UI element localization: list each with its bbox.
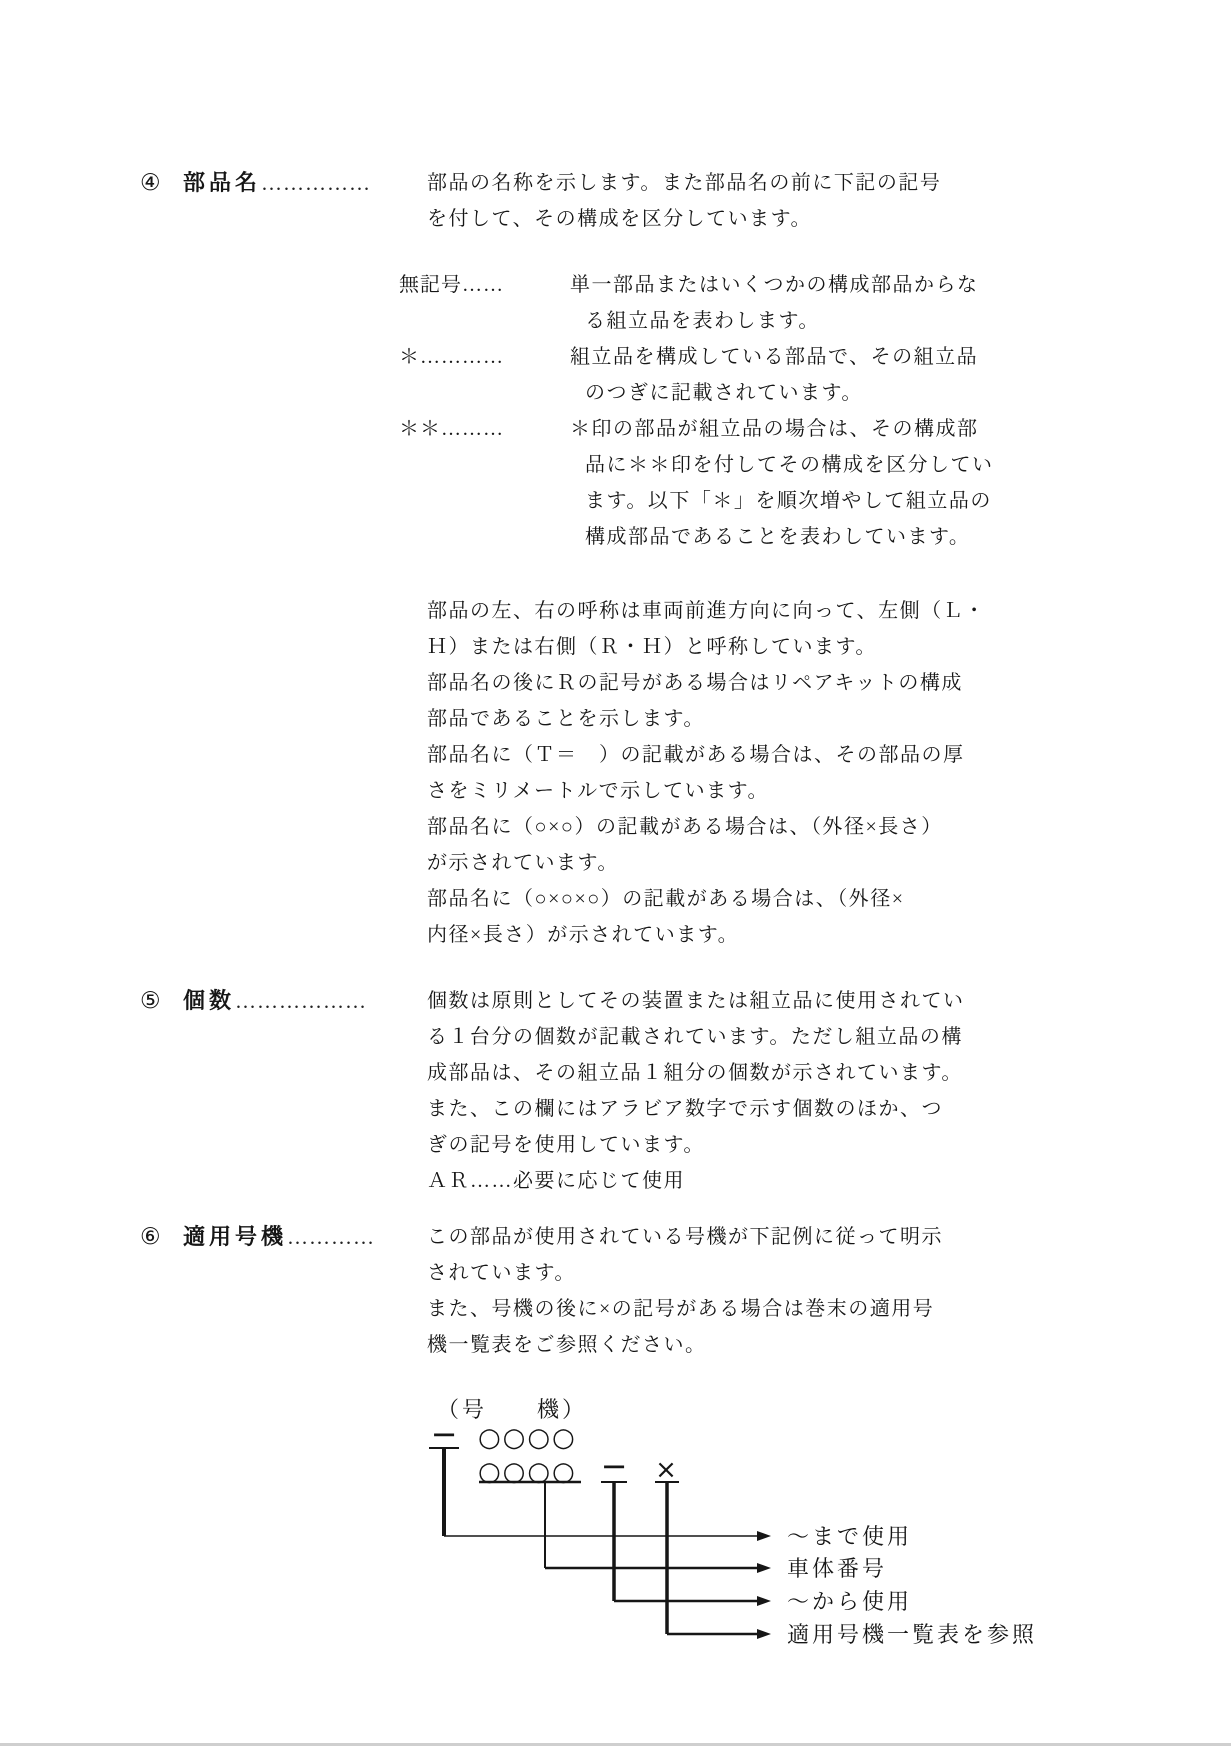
text-line: ぎの記号を使用しています。	[427, 1127, 1231, 1163]
leader-dots: …………	[287, 1225, 375, 1249]
section-applicable-serial: ⑥ 適用号機………… この部品が使用されている号機が下記例に従って明示 されてい…	[140, 1219, 1231, 1670]
text-line: 品に＊＊印を付してその構成を区分してい	[570, 447, 994, 483]
text-line: る組立品を表わします。	[570, 303, 979, 339]
section-content: この部品が使用されている号機が下記例に従って明示 されています。 また、号機の後…	[427, 1219, 1231, 1670]
serial-circles-row1: ○○○○	[478, 1423, 577, 1453]
text-line: 構成部品であることを表わしています。	[570, 519, 994, 555]
text-line: 部品の名称を示します。また部品名の前に下記の記号	[427, 165, 1231, 201]
arrow-right-icon	[757, 1531, 771, 1541]
section-title-row: 適用号機…………	[183, 1219, 427, 1255]
text-line: ＊印の部品が組立品の場合は、その構成部	[570, 411, 994, 447]
symbol-description: ＊印の部品が組立品の場合は、その構成部 品に＊＊印を付してその構成を区分してい …	[570, 411, 994, 555]
section-marker: ⑤	[140, 983, 183, 1019]
text-line: また、号機の後に×の記号がある場合は巻末の適用号	[427, 1291, 1231, 1327]
text-line: Ｈ）または右側（Ｒ・Ｈ）と呼称しています。	[427, 629, 1231, 665]
text-line: る１台分の個数が記載されています。ただし組立品の構	[427, 1019, 1231, 1055]
text-line: 成部品は、その組立品１組分の個数が示されています。	[427, 1055, 1231, 1091]
text-line: ます。以下「＊」を順次増やして組立品の	[570, 483, 994, 519]
section-title-row: 部品名……………	[183, 165, 427, 201]
section-marker: ④	[140, 165, 183, 201]
section-title-row: 個数………………	[183, 983, 427, 1019]
callout-label: ～から使用	[787, 1589, 912, 1614]
arrow-right-icon	[757, 1563, 771, 1573]
symbol-legend-block: 無記号…… 単一部品またはいくつかの構成部品からな る組立品を表わします。 ＊……	[399, 267, 1231, 555]
callout-label: ～まで使用	[787, 1524, 912, 1549]
cross-mark: ×	[655, 1455, 677, 1485]
section-title: 部品名	[183, 170, 261, 195]
text-line: 部品であることを示します。	[427, 701, 1231, 737]
text-line: のつぎに記載されています。	[570, 375, 978, 411]
section-content: 部品の名称を示します。また部品名の前に下記の記号 を付して、その構成を区分してい…	[427, 165, 1231, 953]
text-line: 部品名に（Ｔ＝ ）の記載がある場合は、その部品の厚	[427, 737, 1231, 773]
text-line: この部品が使用されている号機が下記例に従って明示	[427, 1219, 1231, 1255]
symbol-item: ＊＊……… ＊印の部品が組立品の場合は、その構成部 品に＊＊印を付してその構成を…	[399, 411, 1231, 555]
arrow-right-icon	[757, 1596, 771, 1606]
leader-dots: ………………	[235, 989, 367, 1013]
text-line: 部品名の後にＲの記号がある場合はリペアキットの構成	[427, 665, 1231, 701]
text-line: 機一覧表をご参照ください。	[427, 1327, 1231, 1363]
text-line: 部品名に（○×○×○）の記載がある場合は、（外径×	[427, 881, 1231, 917]
legend-diagram-canvas: （号 機） − ○○○○ ○○○○ − ×	[427, 1385, 1067, 1670]
text-line: 単一部品またはいくつかの構成部品からな	[570, 267, 979, 303]
serial-header-label: （号 機）	[437, 1397, 587, 1422]
text-line: 部品名に（○×○）の記載がある場合は、（外径×長さ）	[427, 809, 1231, 845]
text-line: 部品の左、右の呼称は車両前進方向に向って、左側（Ｌ・	[427, 593, 1231, 629]
symbol-item: 無記号…… 単一部品またはいくつかの構成部品からな る組立品を表わします。	[399, 267, 1231, 339]
document-page: ④ 部品名…………… 部品の名称を示します。また部品名の前に下記の記号 を付して…	[0, 0, 1231, 1746]
arrow-right-icon	[757, 1629, 771, 1639]
text-line: 個数は原則としてその装置または組立品に使用されてい	[427, 983, 1231, 1019]
section-quantity: ⑤ 個数……………… 個数は原則としてその装置または組立品に使用されてい る１台…	[140, 983, 1231, 1199]
symbol-item: ＊………… 組立品を構成している部品で、その組立品 のつぎに記載されています。	[399, 339, 1231, 411]
symbol-label: ＊…………	[399, 339, 570, 411]
serial-number-legend-diagram: （号 機） − ○○○○ ○○○○ − ×	[427, 1385, 1231, 1670]
section-title: 適用号機	[183, 1224, 287, 1249]
section-title: 個数	[183, 988, 235, 1013]
text-line: さをミリメートルで示しています。	[427, 773, 1231, 809]
symbol-label: ＊＊………	[399, 411, 570, 555]
section-marker: ⑥	[140, 1219, 183, 1255]
serial-hyphen-mid: −	[601, 1447, 628, 1485]
section-content: 個数は原則としてその装置または組立品に使用されてい る１台分の個数が記載されてい…	[427, 983, 1231, 1199]
text-line: が示されています。	[427, 845, 1231, 881]
text-line: 内径×長さ）が示されています。	[427, 917, 1231, 953]
text-line: ＡＲ……必要に応じて使用	[427, 1163, 1231, 1199]
symbol-description: 組立品を構成している部品で、その組立品 のつぎに記載されています。	[570, 339, 978, 411]
text-line: を付して、その構成を区分しています。	[427, 201, 1231, 237]
callout-label: 車体番号	[787, 1556, 887, 1581]
text-line: 組立品を構成している部品で、その組立品	[570, 339, 978, 375]
leader-dots: ……………	[261, 171, 371, 195]
callout-label: 適用号機一覧表を参照	[787, 1622, 1037, 1647]
body-paragraph: 部品の左、右の呼称は車両前進方向に向って、左側（Ｌ・ Ｈ）または右側（Ｒ・Ｈ）と…	[427, 593, 1231, 953]
text-line: また、この欄にはアラビア数字で示す個数のほか、つ	[427, 1091, 1231, 1127]
section-part-name: ④ 部品名…………… 部品の名称を示します。また部品名の前に下記の記号 を付して…	[140, 165, 1231, 953]
symbol-label: 無記号……	[399, 267, 570, 339]
symbol-description: 単一部品またはいくつかの構成部品からな る組立品を表わします。	[570, 267, 979, 339]
text-line: されています。	[427, 1255, 1231, 1291]
